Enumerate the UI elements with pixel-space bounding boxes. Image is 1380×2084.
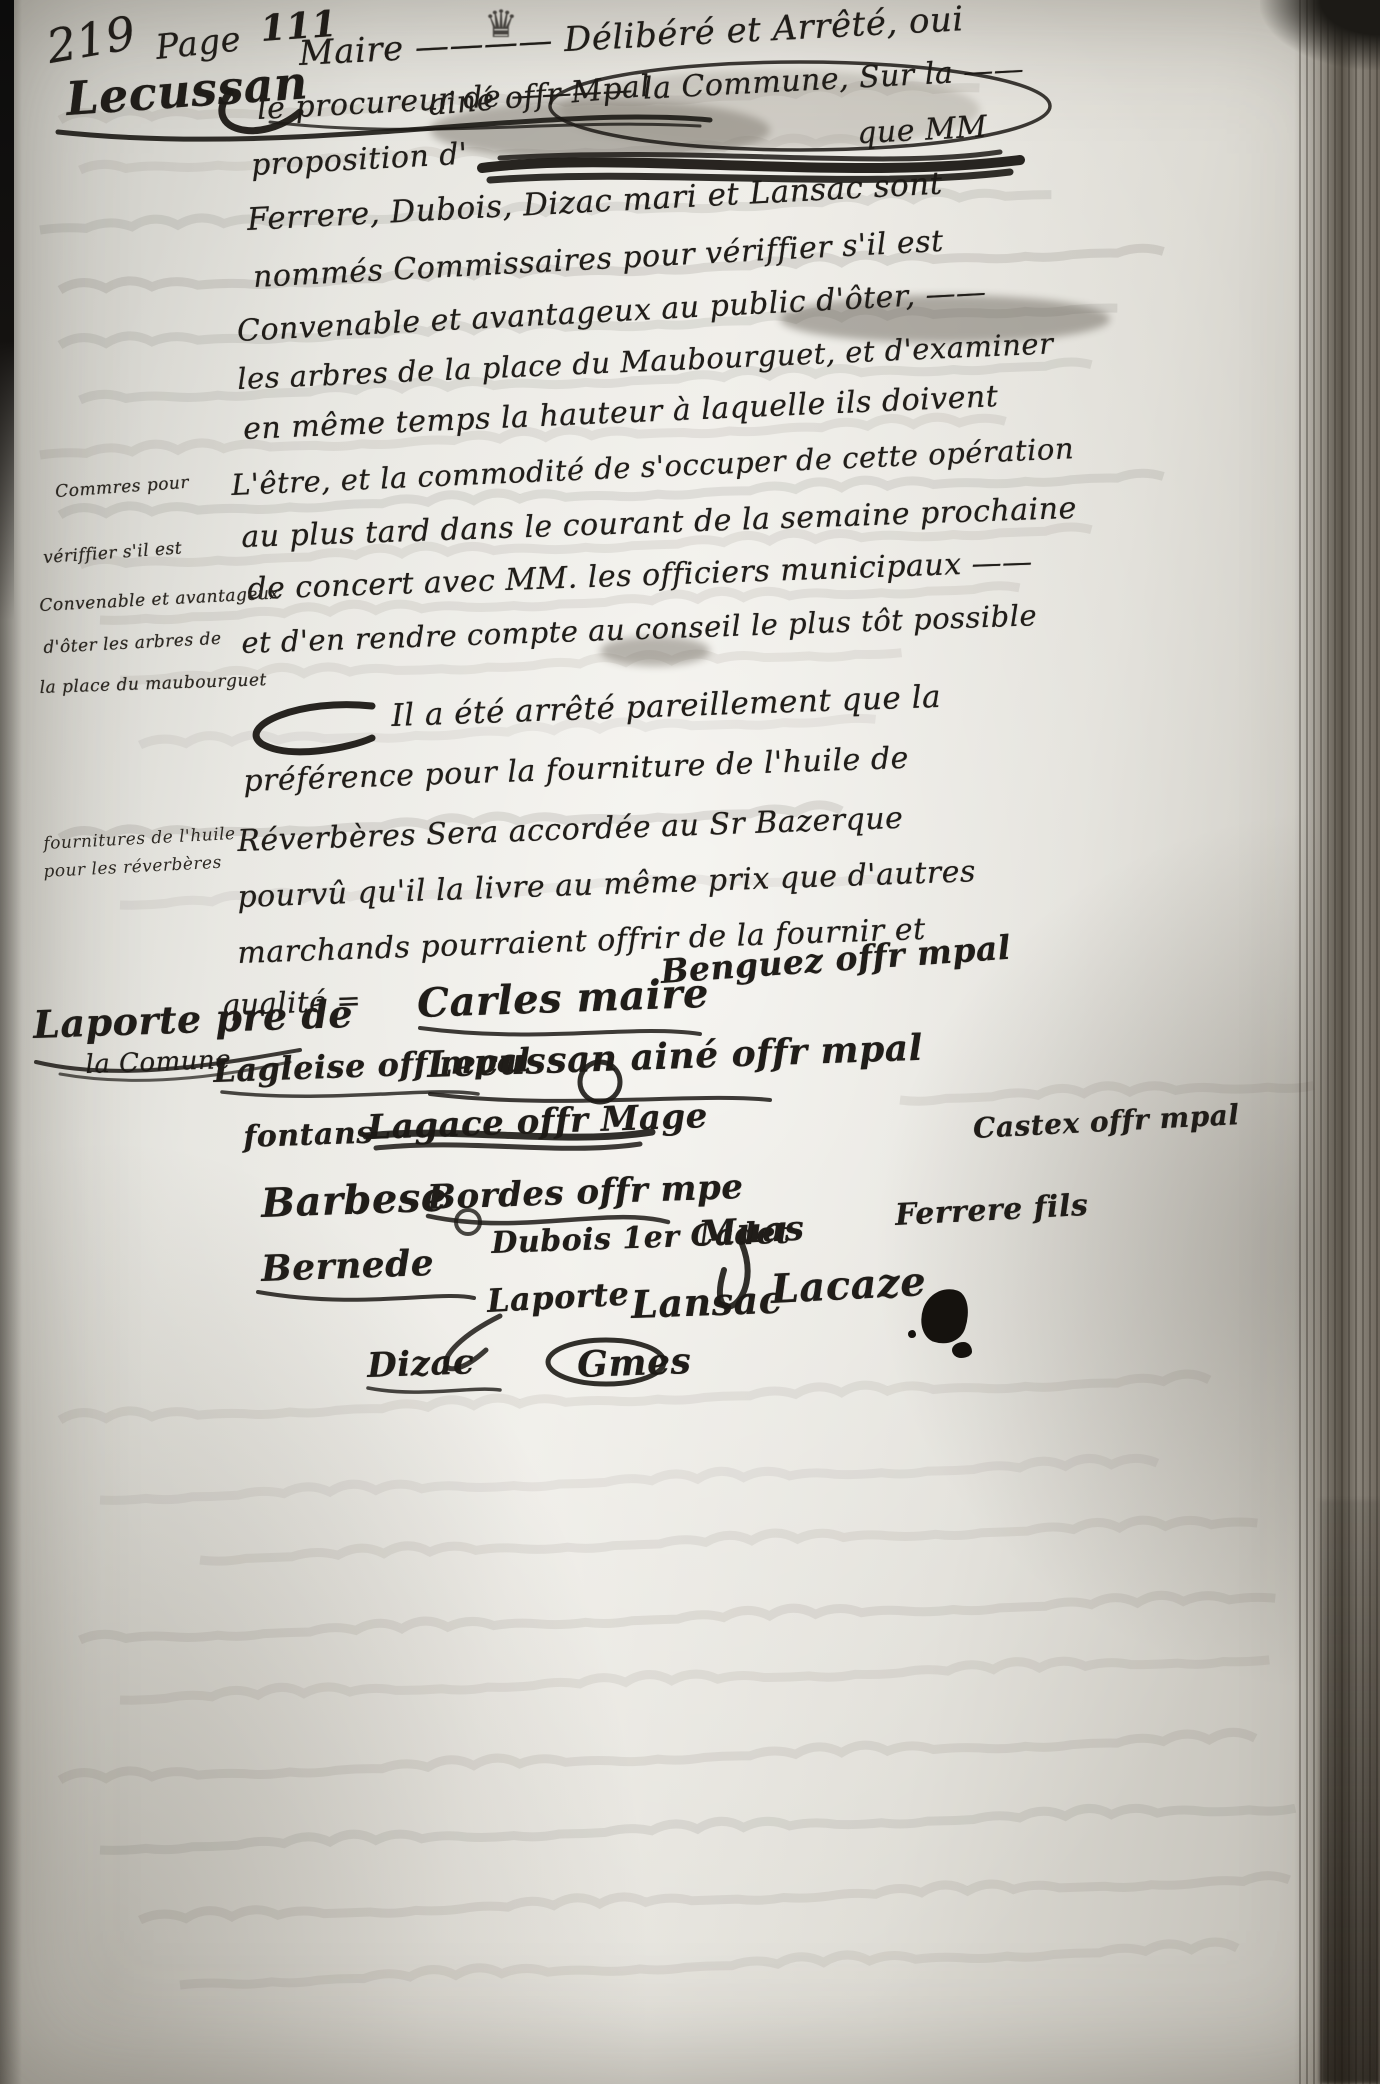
signature-bordes: Bordes offr mpe — [427, 1167, 744, 1218]
left-page-edge — [0, 0, 14, 620]
margin-note-line: Commres pour — [55, 473, 190, 502]
signature-lagace: Lagace offr Mage — [367, 1096, 709, 1148]
body-line: Il a été arrêté pareillement que la — [391, 679, 942, 734]
signature-bernede: Bernede — [261, 1242, 435, 1290]
signature-laporte-pre-line2: la Comune — [85, 1045, 232, 1080]
signature-lacaze: Lacaze — [770, 1258, 928, 1313]
signature-ferrere-fils: Ferrere fils — [894, 1188, 1089, 1233]
margin-note-line: fournitures de l'huile — [43, 824, 236, 854]
body-text: que MM — [856, 109, 988, 151]
body-line: préférence pour la fourniture de l'huile… — [243, 741, 910, 799]
margin-note-line: vériffier s'il est — [43, 538, 183, 568]
signature-castex: Castex offr mpal — [972, 1098, 1240, 1145]
margin-note-line: d'ôter les arbres de — [43, 629, 222, 658]
body-line: Réverbères Sera accordée au Sr Bazerque — [237, 801, 904, 859]
binding-shadow-bottom — [1320, 1500, 1380, 2084]
manuscript-page: 219 Page 111 ♛ Lecussan ainé offr Mpal M… — [0, 0, 1380, 2084]
signature-lecussan: Lecussan ainé offr mpal — [427, 1027, 924, 1086]
ink-blot — [908, 1330, 916, 1338]
binding-shadow-top — [1260, 0, 1380, 70]
signature-fontans: fontans — [243, 1115, 374, 1155]
margin-note-line: pour les réverbères — [43, 853, 222, 882]
body-line: pourvû qu'il la livre au même prix que d… — [237, 854, 977, 915]
margin-note-line: la place du maubourguet — [39, 670, 267, 698]
signature-laporte2: Laporte — [486, 1275, 630, 1320]
signature-dizac: Dizac — [367, 1342, 475, 1386]
margin-note-line: Convenable et avantageux — [39, 583, 280, 616]
signature-laporte-pre: Laporte pre de — [32, 991, 353, 1047]
body-line: au plus tard dans le courant de la semai… — [241, 491, 1078, 555]
body-text: proposition d' — [250, 137, 468, 183]
body-line: de concert avec MM. les officiers munici… — [247, 545, 1033, 607]
folio-number: 219 — [43, 5, 140, 74]
signature-lansac: Lansac — [630, 1277, 783, 1327]
ink-blot — [952, 1342, 972, 1358]
signature-gmes: Gmes — [577, 1340, 692, 1386]
signature-barbese: Barbese — [260, 1174, 447, 1227]
signature-muas: Muas — [698, 1209, 805, 1254]
